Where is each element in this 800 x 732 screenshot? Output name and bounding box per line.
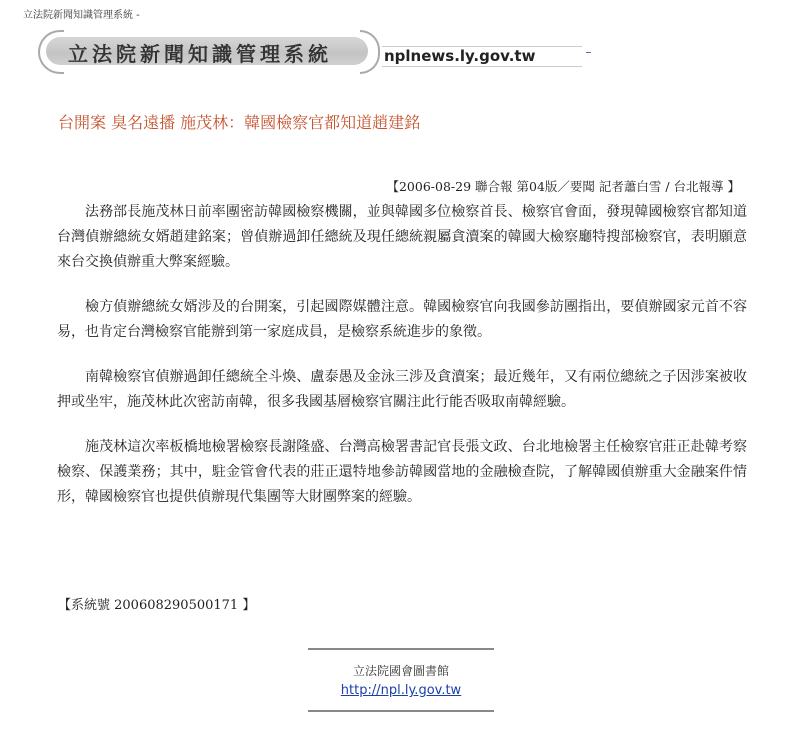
footer: 立法院國會圖書館 http://npl.ly.gov.tw — [308, 648, 494, 712]
window-title: 立法院新聞知識管理系統 - — [23, 6, 140, 21]
article-paragraph: 檢方偵辦總統女婿涉及的台開案，引起國際媒體注意。韓國檢察官向我國參訪團指出，要偵… — [57, 295, 747, 345]
footer-bottom-rule — [308, 710, 494, 712]
article-paragraph: 南韓檢察官偵辦過卸任總統全斗煥、盧泰愚及金泳三涉及貪瀆案；最近幾年，又有兩位總統… — [57, 365, 747, 415]
system-number: 【系統號 200608290500171 】 — [58, 594, 255, 613]
banner-dash — [586, 52, 591, 53]
system-name: 立法院新聞知識管理系統 — [68, 38, 332, 67]
article-paragraph: 法務部長施茂林日前率團密訪韓國檢察機關，並與韓國多位檢察首長、檢察官會面，發現韓… — [57, 200, 747, 275]
article-headline: 台開案 臭名遠播 施茂林：韓國檢察官都知道趙建銘 — [58, 110, 420, 133]
article-body: 法務部長施茂林日前率團密訪韓國檢察機關，並與韓國多位檢察首長、檢察官會面，發現韓… — [57, 200, 747, 530]
footer-org: 立法院國會圖書館 — [308, 662, 494, 679]
footer-link[interactable]: http://npl.ly.gov.tw — [341, 683, 461, 698]
footer-top-rule — [308, 648, 494, 650]
banner-divider — [382, 66, 582, 67]
article-paragraph: 施茂林這次率板橋地檢署檢察長謝隆盛、台灣高檢署書記官長張文政、台北地檢署主任檢察… — [57, 435, 747, 510]
article-source: 【2006-08-29 聯合報 第04版／要聞 記者蕭白雪 / 台北報導 】 — [386, 177, 740, 195]
banner-right-arc — [360, 30, 380, 74]
site-banner: 立法院新聞知識管理系統 nplnews.ly.gov.tw — [38, 30, 598, 74]
site-url: nplnews.ly.gov.tw — [384, 47, 535, 65]
